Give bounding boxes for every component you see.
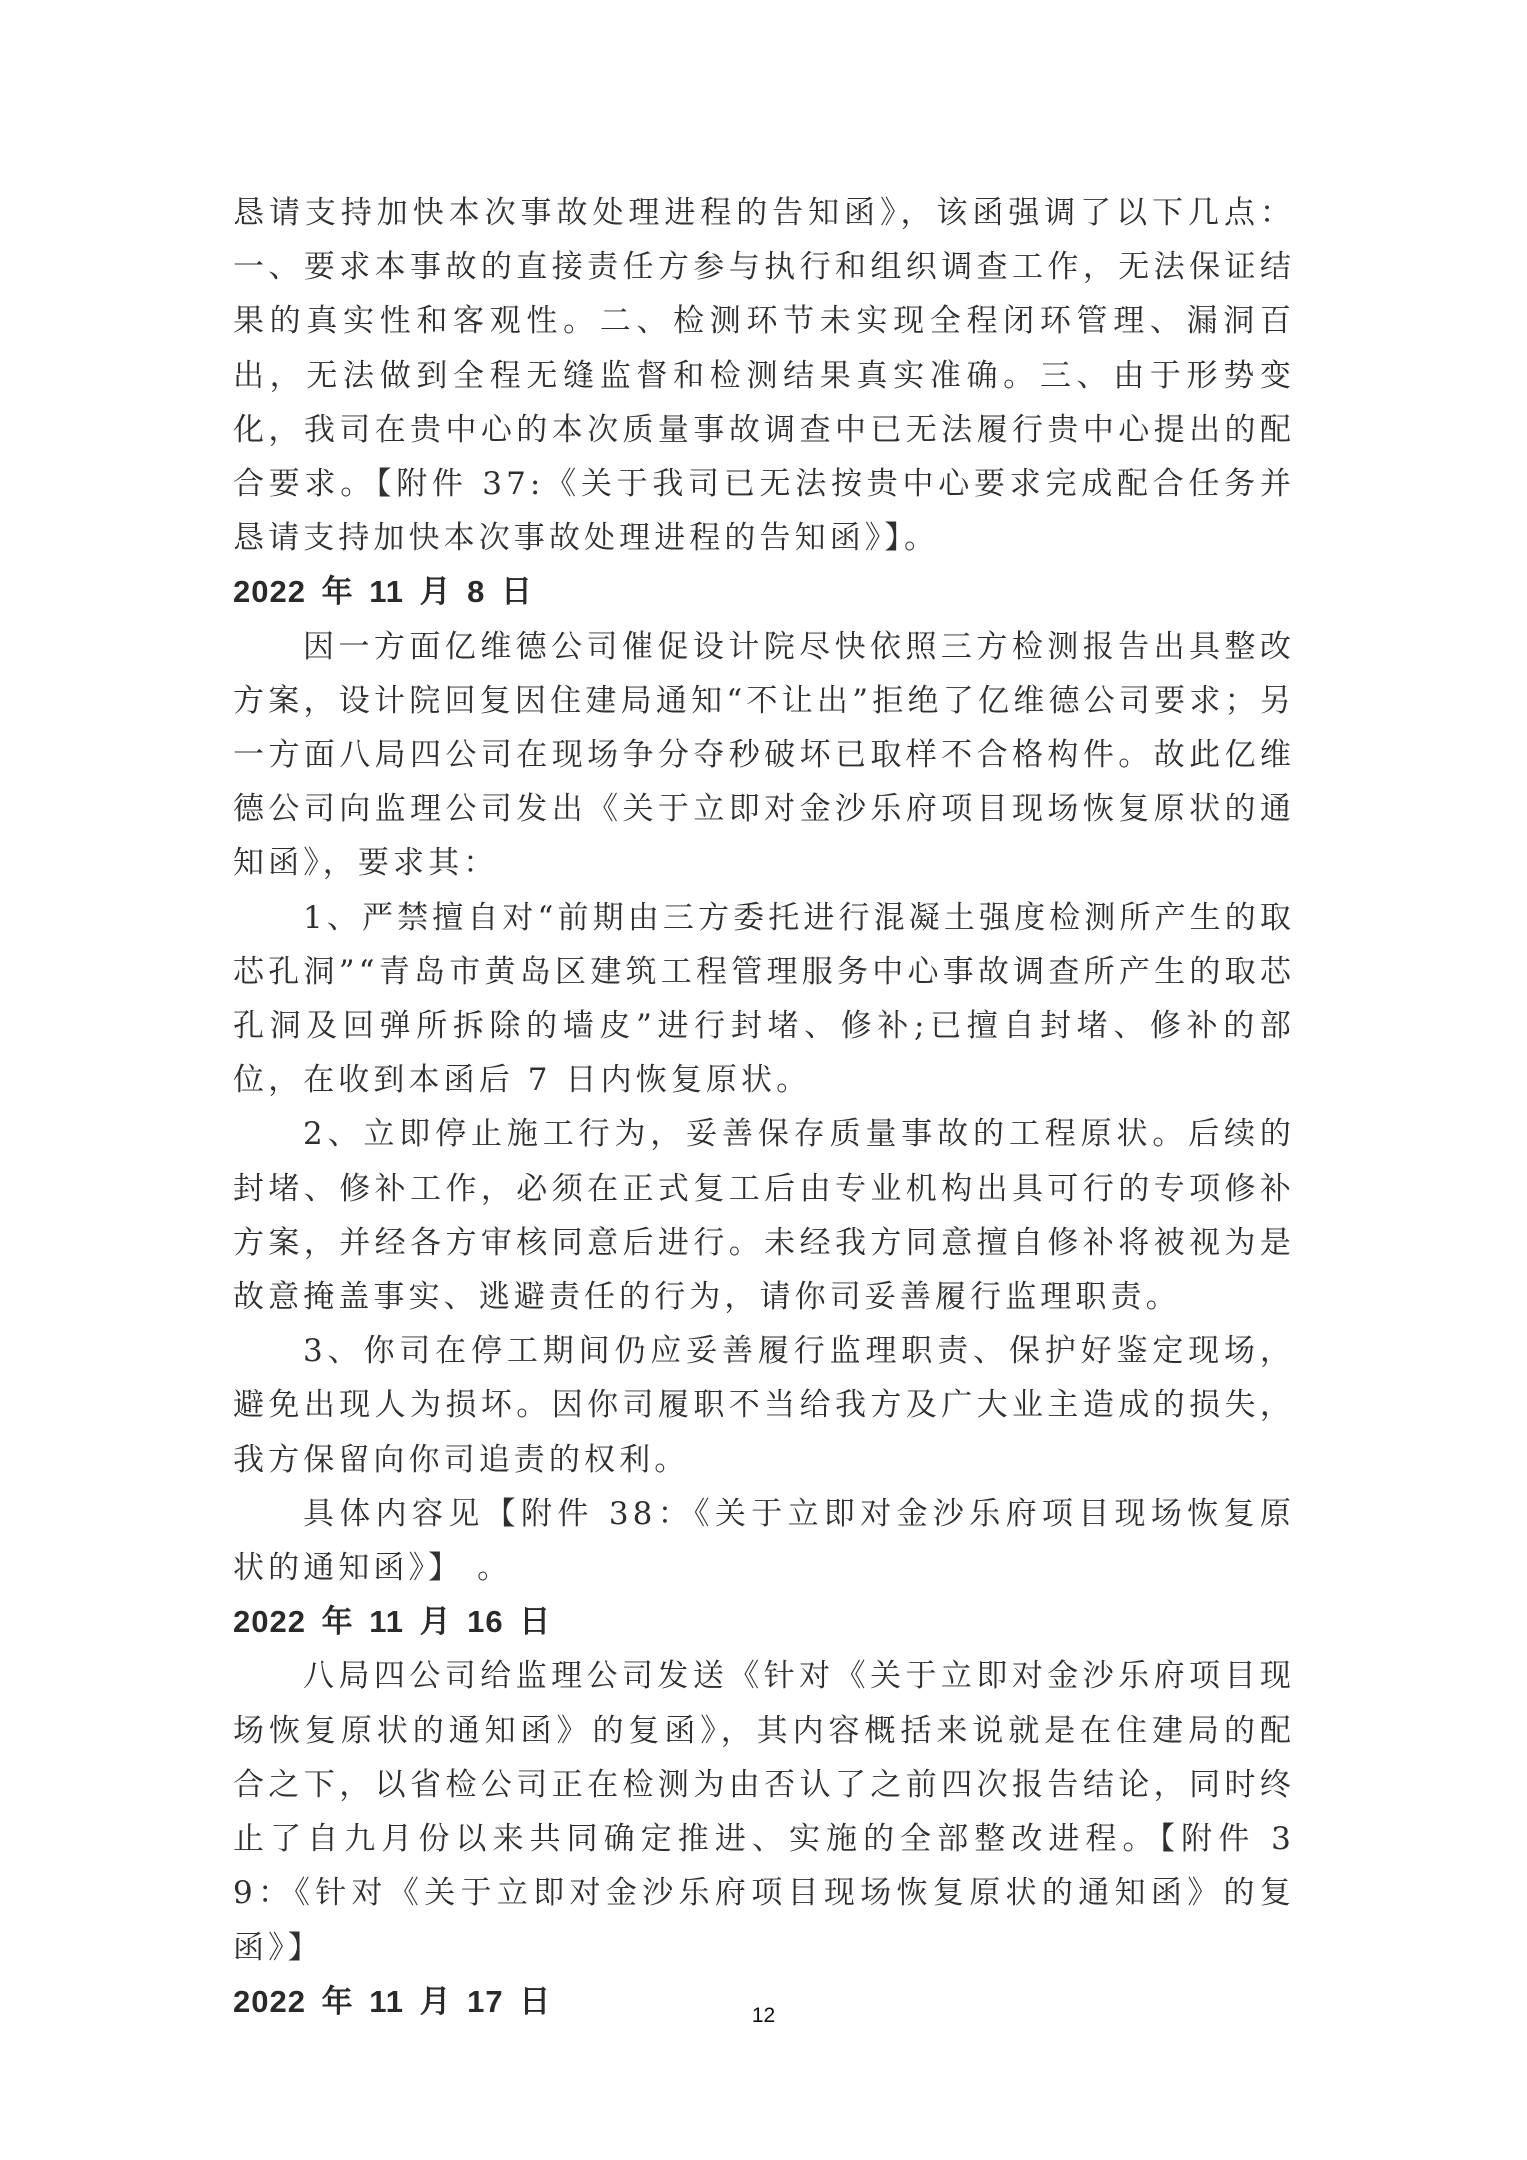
document-page-body: 恳请支持加快本次事故处理进程的告知函》，该函强调了以下几点：一、要求本事故的直接… bbox=[233, 186, 1295, 2029]
paragraph-attachment-38-reference: 具体内容见【附件 38：《关于立即对金沙乐府项目现场恢复原状的通知函》】 。 bbox=[233, 1487, 1295, 1595]
paragraph-restore-site-notice: 因一方面亿维德公司催促设计院尽快依照三方检测报告出具整改方案，设计院回复因住建局… bbox=[233, 620, 1295, 891]
page-number: 12 bbox=[0, 2004, 1527, 2028]
date-heading-2022-11-08: 2022 年 11 月 8 日 bbox=[233, 565, 1295, 619]
paragraph-notice-letter-summary: 恳请支持加快本次事故处理进程的告知函》，该函强调了以下几点：一、要求本事故的直接… bbox=[233, 186, 1295, 565]
date-heading-2022-11-16: 2022 年 11 月 16 日 bbox=[233, 1595, 1295, 1649]
paragraph-requirement-3: 3、你司在停工期间仍应妥善履行监理职责、保护好鉴定现场，避免出现人为损坏。因你司… bbox=[233, 1324, 1295, 1487]
paragraph-reply-letter-summary: 八局四公司给监理公司发送《针对《关于立即对金沙乐府项目现场恢复原状的通知函》的复… bbox=[233, 1649, 1295, 1974]
paragraph-requirement-1: 1、严禁擅自对“前期由三方委托进行混凝土强度检测所产生的取芯孔洞”“青岛市黄岛区… bbox=[233, 891, 1295, 1108]
paragraph-requirement-2: 2、立即停止施工行为，妥善保存质量事故的工程原状。后续的封堵、修补工作，必须在正… bbox=[233, 1107, 1295, 1324]
